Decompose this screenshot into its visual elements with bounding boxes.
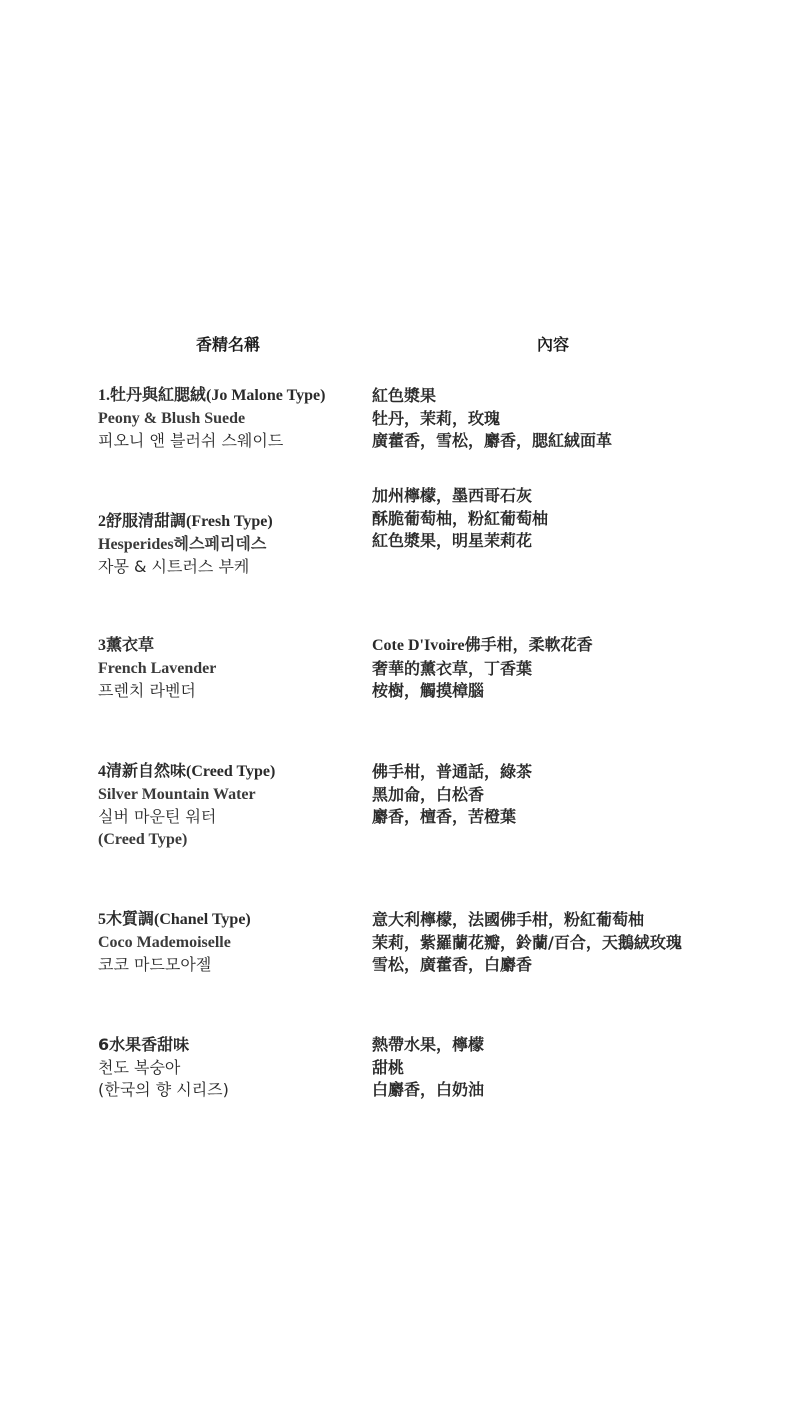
notes-line: 加州檸檬，墨西哥石灰 [372,485,548,508]
notes-line: 意大利檸檬，法國佛手柑，粉紅葡萄柚 [372,909,682,932]
name-line-english: Silver Mountain Water [98,784,275,807]
name-line-english: Peony & Blush Suede [98,408,325,431]
notes-line: 甜桃 [372,1057,484,1080]
notes-line: Cote D'Ivoire佛手柑，柔軟花香 [372,635,593,658]
notes-line: 茉莉，紫羅蘭花瓣，鈴蘭/百合，天鵝絨玫瑰 [372,932,682,955]
name-line-korean: 프렌치 라벤더 [98,680,216,703]
fragrance-name: 4清新自然味(Creed Type) Silver Mountain Water… [98,761,275,851]
fragrance-notes: 熱帶水果，檸檬 甜桃 白麝香，白奶油 [372,1034,484,1102]
name-line-korean: 피오니 앤 블러쉬 스웨이드 [98,430,325,453]
fragrance-notes: Cote D'Ivoire佛手柑，柔軟花香 奢華的薰衣草，丁香葉 桉樹，觸摸樟腦 [372,635,593,703]
name-line-title: 5木質調(Chanel Type) [98,909,251,932]
column-header-content: 內容 [537,332,569,355]
fragrance-notes: 加州檸檬，墨西哥石灰 酥脆葡萄柚，粉紅葡萄柚 紅色漿果，明星茉莉花 [372,485,548,553]
notes-line: 桉樹，觸摸樟腦 [372,680,593,703]
notes-line: 雪松，廣藿香，白麝香 [372,954,682,977]
column-header-name: 香精名稱 [196,332,260,355]
notes-line: 黑加侖，白松香 [372,784,532,807]
notes-line: 廣藿香，雪松，麝香，腮紅絨面革 [372,430,612,453]
notes-line: 熱帶水果，檸檬 [372,1034,484,1057]
name-line-korean: 코코 마드모아젤 [98,954,251,977]
fragrance-notes: 紅色漿果 牡丹，茉莉，玫瑰 廣藿香，雪松，麝香，腮紅絨面革 [372,385,612,453]
notes-line: 牡丹，茉莉，玫瑰 [372,408,612,431]
fragrance-name: 1.牡丹與紅腮絨(Jo Malone Type) Peony & Blush S… [98,385,325,453]
notes-line: 紅色漿果，明星茉莉花 [372,530,548,553]
notes-line: 麝香，檀香，苦橙葉 [372,806,532,829]
name-line-title: 2舒服清甜調(Fresh Type) [98,511,273,534]
name-line-korean: 자몽 & 시트러스 부케 [98,556,273,579]
notes-line: 奢華的薰衣草，丁香葉 [372,658,593,681]
name-line-title: 3薰衣草 [98,635,216,658]
name-line-korean: 천도 복숭아 [98,1057,229,1080]
table-header: 香精名稱 內容 [0,330,800,356]
notes-line: 白麝香，白奶油 [372,1079,484,1102]
fragrance-name: 3薰衣草 French Lavender 프렌치 라벤더 [98,635,216,703]
fragrance-name: 2舒服清甜調(Fresh Type) Hesperides헤스페리데스 자몽 &… [98,511,273,579]
name-line-english: Coco Mademoiselle [98,932,251,955]
name-line-series: (한국의 향 시리즈) [98,1079,229,1102]
fragrance-notes: 意大利檸檬，法國佛手柑，粉紅葡萄柚 茉莉，紫羅蘭花瓣，鈴蘭/百合，天鵝絨玫瑰 雪… [372,909,682,977]
name-line-english: Hesperides헤스페리데스 [98,534,273,557]
notes-line: 酥脆葡萄柚，粉紅葡萄柚 [372,508,548,531]
name-line-english: French Lavender [98,658,216,681]
fragrance-name: 5木質調(Chanel Type) Coco Mademoiselle 코코 마… [98,909,251,977]
name-line-title: 6水果香甜味 [98,1034,229,1057]
fragrance-name: 6水果香甜味 천도 복숭아 (한국의 향 시리즈) [98,1034,229,1102]
notes-line: 紅色漿果 [372,385,612,408]
fragrance-notes: 佛手柑，普通話，綠茶 黑加侖，白松香 麝香，檀香，苦橙葉 [372,761,532,829]
name-line-title: 4清新自然味(Creed Type) [98,761,275,784]
name-line-title: 1.牡丹與紅腮絨(Jo Malone Type) [98,385,325,408]
name-line-type: (Creed Type) [98,829,275,852]
notes-line: 佛手柑，普通話，綠茶 [372,761,532,784]
name-line-korean: 실버 마운틴 워터 [98,806,275,829]
